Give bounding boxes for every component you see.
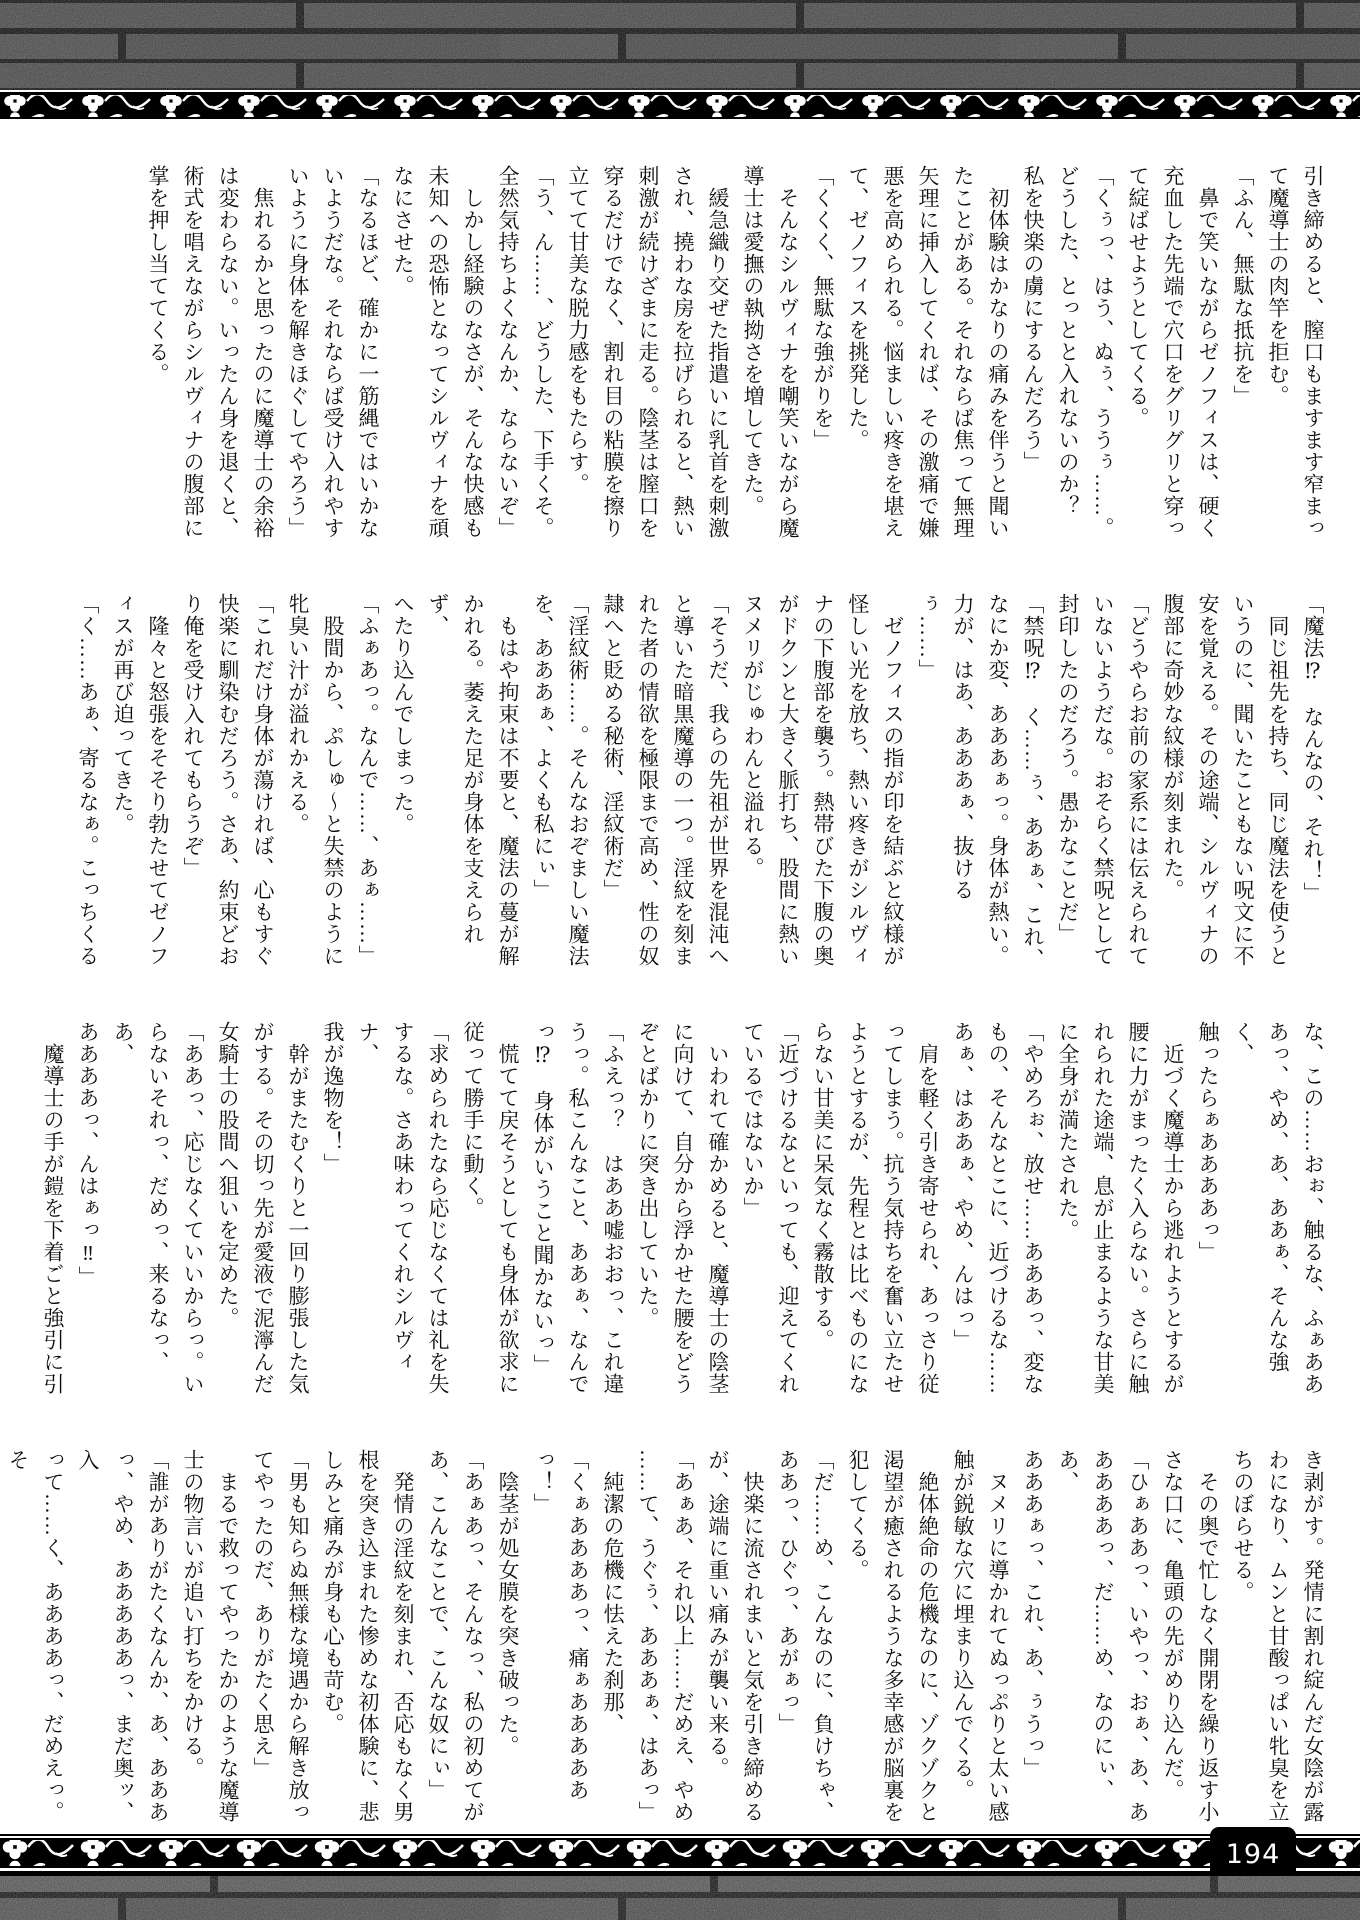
text-column: 「くぁああああっ、痛ぁあああああっ！」 bbox=[525, 1449, 595, 1833]
text-column: 犯してくる。 bbox=[840, 1449, 875, 1833]
text-column: さな口に、亀頭の先がめり込んだ。 bbox=[1155, 1449, 1190, 1833]
text-column: 「禁呪⁉ く……ぅ、ああぁ、これ、 bbox=[1015, 593, 1050, 977]
ornament-border-bottom: 194 bbox=[0, 1834, 1360, 1876]
text-column: 純潔の危機に怯えた刹那、 bbox=[595, 1449, 630, 1833]
text-column: その奥で忙しなく開閉を繰り返す小 bbox=[1190, 1449, 1225, 1833]
page-content: 引き締めると、膣口もますます窄まって魔導士の肉竿を拒む。「ふん、無駄な抵抗を」 … bbox=[0, 123, 1360, 1834]
text-column: 立てて甘美な脱力感をもたらす。 bbox=[560, 165, 595, 549]
text-column: ナの下腹部を襲う。熱帯びた下腹の奥 bbox=[805, 593, 840, 977]
text-column: 掌を押し当ててくる。 bbox=[140, 165, 175, 549]
text-band-3: な、この……おぉ、触るな、ふぁあああっ、やめ、あ、ああぁ、そんな強く、触ったらぁ… bbox=[30, 1021, 1330, 1405]
text-column: 導士は愛撫の執拗さを増してきた。 bbox=[735, 165, 770, 549]
text-column: 未知への恐怖となってシルヴィナを頑 bbox=[420, 165, 455, 549]
text-column: 「誰がありがたくなんか、あ、あああ bbox=[140, 1449, 175, 1833]
ornament-border-top bbox=[0, 90, 1360, 123]
text-column: て綻ばせようとしてくる。 bbox=[1120, 165, 1155, 549]
text-column: ィスが再び迫ってきた。 bbox=[105, 593, 140, 977]
text-column: 引き締めると、膣口もますます窄まっ bbox=[1295, 165, 1330, 549]
text-column: ああああっ、だ……め、なのにぃ、あ、 bbox=[1050, 1449, 1120, 1833]
text-column: 「ああっ、応じなくていいからっ。い bbox=[175, 1021, 210, 1405]
text-column: 「ひぁああっ、いやっ、おぁ、あ、あ bbox=[1120, 1449, 1155, 1833]
text-column: いうのに、聞いたこともない呪文に不 bbox=[1225, 593, 1260, 977]
text-column: な、この……おぉ、触るな、ふぁああ bbox=[1295, 1021, 1330, 1405]
text-column: 力が、はあ、あああぁ、抜けるぅ……」 bbox=[910, 593, 980, 977]
text-column: らないそれっ、だめっ、来るなっ、あ、 bbox=[105, 1021, 175, 1405]
text-column: てやったのだ、ありがたく思え」 bbox=[245, 1449, 280, 1833]
text-column: 封印したのだろう。愚かなことだ」 bbox=[1050, 593, 1085, 977]
text-column: らない甘美に呆気なく霧散する。 bbox=[805, 1021, 840, 1405]
text-column: ヌメリに導かれてぬっぷりと太い感 bbox=[980, 1449, 1015, 1833]
text-column: 従って勝手に動く。 bbox=[455, 1021, 490, 1405]
page-number: 194 bbox=[1226, 1835, 1281, 1868]
text-column: 矢理に挿入してくれば、その激痛で嫌 bbox=[910, 165, 945, 549]
text-column: て魔導士の肉竿を拒む。 bbox=[1260, 165, 1295, 549]
text-column: いように身体を解きほぐしてやろう」 bbox=[280, 165, 315, 549]
text-column: ぞとばかりに突き出していた。 bbox=[630, 1021, 665, 1405]
text-column: ……て、うぐぅ、あああぁ、はあっ」 bbox=[630, 1449, 665, 1833]
text-column: 「ふん、無駄な抵抗を」 bbox=[1225, 165, 1260, 549]
text-column: って……く、ああああっ、だめえっ。そ bbox=[0, 1449, 70, 1833]
text-column: たことがある。それならば焦って無理 bbox=[945, 165, 980, 549]
text-column: 肩を軽く引き寄せられ、あっさり従 bbox=[910, 1021, 945, 1405]
text-column: あっ、やめ、あ、ああぁ、そんな強く、 bbox=[1225, 1021, 1295, 1405]
text-column: 「どうやらお前の家系には伝えられて bbox=[1120, 593, 1155, 977]
text-column: に全身が満たされた。 bbox=[1050, 1021, 1085, 1405]
text-column: 悪を高められる。悩ましい疼きを堪え bbox=[875, 165, 910, 549]
text-column: 「やめろぉ、放せ……あああっ、変な bbox=[1015, 1021, 1050, 1405]
text-column: 充血した先端で穴口をグリグリと穿っ bbox=[1155, 165, 1190, 549]
text-band-1: 引き締めると、膣口もますます窄まって魔導士の肉竿を拒む。「ふん、無駄な抵抗を」 … bbox=[30, 165, 1330, 549]
text-column: を、あああぁ、よくも私にぃ」 bbox=[525, 593, 560, 977]
text-column: 「くくく、無駄な強がりを」 bbox=[805, 165, 840, 549]
text-column: がドクンと大きく脈打ち、股間に熱い bbox=[770, 593, 805, 977]
text-column: 近づく魔導士から逃れようとするが bbox=[1155, 1021, 1190, 1405]
text-column: 幹がまたむくりと一回り膨張した気 bbox=[280, 1021, 315, 1405]
text-column: 「魔法⁉ なんなの、それ！」 bbox=[1295, 593, 1330, 977]
text-column: 「く……あぁ、寄るなぁ。こっちくる bbox=[70, 593, 105, 977]
text-column: 快楽に流されまいと気を引き締める bbox=[735, 1449, 770, 1833]
text-column: 陰茎が処女膜を突き破った。 bbox=[490, 1449, 525, 1833]
text-column: 「くぅっ、はう、ぬぅ、ううぅ……。 bbox=[1085, 165, 1120, 549]
text-column: ああっ、ひぐっ、あがぁっ」 bbox=[770, 1449, 805, 1833]
text-column: するな。さあ味わってくれシルヴィナ、 bbox=[350, 1021, 420, 1405]
text-column: なにさせた。 bbox=[385, 165, 420, 549]
text-column: いようだな。それならば受け入れやす bbox=[315, 165, 350, 549]
text-column: 女騎士の股間へ狙いを定めた。 bbox=[210, 1021, 245, 1405]
text-column: いないようだな。おそらく禁呪として bbox=[1085, 593, 1120, 977]
text-column: 怪しい光を放ち、熱い疼きがシルヴィ bbox=[840, 593, 875, 977]
text-column: 牝臭い汁が溢れかえる。 bbox=[280, 593, 315, 977]
text-column: わになり、ムンと甘酸っぱい牝臭を立 bbox=[1260, 1449, 1295, 1833]
text-column: へたり込んでしまった。 bbox=[385, 593, 420, 977]
text-column: もはや拘束は不要と、魔法の蔓が解 bbox=[490, 593, 525, 977]
text-column: 初体験はかなりの痛みを伴うと聞い bbox=[980, 165, 1015, 549]
text-column: 腹部に奇妙な紋様が刻まれた。 bbox=[1155, 593, 1190, 977]
text-band-4: き剥がす。発情に割れ綻んだ女陰が露わになり、ムンと甘酸っぱい牝臭を立ちのぼらせる… bbox=[30, 1449, 1330, 1833]
text-column: 緩急織り交ぜた指遣いに乳首を刺激 bbox=[700, 165, 735, 549]
text-column: され、撓わな房を拉げられると、熱い bbox=[665, 165, 700, 549]
text-column: 「なるほど、確かに一筋縄ではいかな bbox=[350, 165, 385, 549]
text-column: て、ゼノフィスを挑発した。 bbox=[840, 165, 875, 549]
text-column: 絶体絶命の危機なのに、ゾクゾクと bbox=[910, 1449, 945, 1833]
text-column: 渇望が癒されるような多幸感が脳裏を bbox=[875, 1449, 910, 1833]
text-column: 発情の淫紋を刻まれ、否応もなく男 bbox=[385, 1449, 420, 1833]
text-column: 「近づけるなといっても、迎えてくれ bbox=[770, 1021, 805, 1405]
text-column: り俺を受け入れてもらうぞ」 bbox=[175, 593, 210, 977]
text-column: 根を突き込まれた惨めな初体験に、悲 bbox=[350, 1449, 385, 1833]
text-column: 焦れるかと思ったのに魔導士の余裕 bbox=[245, 165, 280, 549]
text-column: ようとするが、先程とは比べものにな bbox=[840, 1021, 875, 1405]
text-column: 穿るだけでなく、割れ目の粘膜を擦り bbox=[595, 165, 630, 549]
text-column: は変わらない。いったん身を退くと、 bbox=[210, 165, 245, 549]
text-column: 快楽に馴染むだろう。さあ、約束どお bbox=[210, 593, 245, 977]
brick-border-top bbox=[0, 0, 1360, 90]
text-column: に向けて、自分から浮かせた腰をどう bbox=[665, 1021, 700, 1405]
text-column: 隷へと貶める秘術、淫紋術だ」 bbox=[595, 593, 630, 977]
text-column: 触が鋭敏な穴に埋まり込んでくる。 bbox=[945, 1449, 980, 1833]
text-column: っ⁉ 身体がいうこと聞かないっ」 bbox=[525, 1021, 560, 1405]
text-column: 刺激が続けざまに走る。陰茎は膣口を bbox=[630, 165, 665, 549]
text-column: まるで救ってやったかのような魔導 bbox=[210, 1449, 245, 1833]
text-column: 「だ……め、こんなのに、負けちゃ、 bbox=[805, 1449, 840, 1833]
text-column: っ、やめ、あああああっ、まだ奥ッ、入 bbox=[70, 1449, 140, 1833]
text-column: しみと痛みが身も心も苛む。 bbox=[315, 1449, 350, 1833]
novel-page: { "page_number": "194", "colors": { "pap… bbox=[0, 0, 1360, 1920]
text-column: 「そうだ、我らの先祖が世界を混沌へ bbox=[700, 593, 735, 977]
text-column: どうした、とっとと入れないのか？ bbox=[1050, 165, 1085, 549]
text-column: そんなシルヴィナを嘲笑いながら魔 bbox=[770, 165, 805, 549]
text-column: なにか変、あああぁっ。身体が熱い。 bbox=[980, 593, 1015, 977]
text-column: 「男も知らぬ無様な境遇から解き放っ bbox=[280, 1449, 315, 1833]
text-column: 鼻で笑いながらゼノフィスは、硬く bbox=[1190, 165, 1225, 549]
text-column: れられた途端、息が止まるような甘美 bbox=[1085, 1021, 1120, 1405]
text-column: ヌメリがじゅわんと溢れる。 bbox=[735, 593, 770, 977]
text-column: ああああっ、んはぁっ‼」 bbox=[70, 1021, 105, 1405]
brick-border-bottom bbox=[0, 1876, 1360, 1920]
text-column: 「う、ん……、どうした、下手くそ。 bbox=[525, 165, 560, 549]
text-column: かれる。萎えた足が身体を支えられず、 bbox=[420, 593, 490, 977]
text-column: 私を快楽の虜にするんだろう」 bbox=[1015, 165, 1050, 549]
text-column: 腰に力がまったく入らない。さらに触 bbox=[1120, 1021, 1155, 1405]
text-column: ているではないか」 bbox=[735, 1021, 770, 1405]
text-column: いわれて確かめると、魔導士の陰茎 bbox=[700, 1021, 735, 1405]
text-column: しかし経験のなさが、そんな快感も bbox=[455, 165, 490, 549]
text-column: 「求められたなら応じなくては礼を失 bbox=[420, 1021, 455, 1405]
text-column: 術式を唱えながらシルヴィナの腹部に bbox=[175, 165, 210, 549]
text-column: あああぁっ、これ、あ、ぅうっ」 bbox=[1015, 1449, 1050, 1833]
text-column: 我が逸物を！」 bbox=[315, 1021, 350, 1405]
text-column: 「ふえっ？ はああ嘘おおっ、これ違 bbox=[595, 1021, 630, 1405]
text-column: 「あぁあっ、そんなっ、私の初めてが bbox=[455, 1449, 490, 1833]
text-column: と導いた暗黒魔導の一つ。淫紋を刻ま bbox=[665, 593, 700, 977]
text-column: 安を覚える。その途端、シルヴィナの bbox=[1190, 593, 1225, 977]
text-column: 「あぁあ、それ以上……だめえ、やめ bbox=[665, 1449, 700, 1833]
page-number-tab: 194 bbox=[1210, 1827, 1296, 1876]
text-column: 「これだけ身体が蕩ければ、心もすぐ bbox=[245, 593, 280, 977]
text-column: 同じ祖先を持ち、同じ魔法を使うと bbox=[1260, 593, 1295, 977]
text-column: あぁ、はああぁ、やめ、んはっ」 bbox=[945, 1021, 980, 1405]
text-column: 「ふぁあっ。なんで……、あぁ……」 bbox=[350, 593, 385, 977]
text-column: 魔導士の手が鎧を下着ごと強引に引 bbox=[35, 1021, 70, 1405]
text-column: がする。その切っ先が愛液で泥濘んだ bbox=[245, 1021, 280, 1405]
text-column: 慌てて戻そうとしても身体が欲求に bbox=[490, 1021, 525, 1405]
text-column: ゼノフィスの指が印を結ぶと紋様が bbox=[875, 593, 910, 977]
text-column: 股間から、ぷしゅ〜と失禁のように bbox=[315, 593, 350, 977]
text-column: き剥がす。発情に割れ綻んだ女陰が露 bbox=[1295, 1449, 1330, 1833]
text-column: あ、こんなことで、こんな奴にぃ」 bbox=[420, 1449, 455, 1833]
text-column: もの、そんなとこに、近づけるな…… bbox=[980, 1021, 1015, 1405]
text-column: 士の物言いが追い打ちをかける。 bbox=[175, 1449, 210, 1833]
text-column: うっ。私こんなこと、ああぁ、なんで bbox=[560, 1021, 595, 1405]
text-column: 隆々と怒張をそそり勃たせてゼノフ bbox=[140, 593, 175, 977]
text-column: が、途端に重い痛みが襲い来る。 bbox=[700, 1449, 735, 1833]
text-column: 触ったらぁああああっ」 bbox=[1190, 1021, 1225, 1405]
text-column: ちのぼらせる。 bbox=[1225, 1449, 1260, 1833]
text-column: れた者の情欲を極限まで高め、性の奴 bbox=[630, 593, 665, 977]
text-band-2: 「魔法⁉ なんなの、それ！」 同じ祖先を持ち、同じ魔法を使うというのに、聞いたこ… bbox=[30, 593, 1330, 977]
text-column: 全然気持ちよくなんか、ならないぞ」 bbox=[490, 165, 525, 549]
text-column: 「淫紋術……。そんなおぞましい魔法 bbox=[560, 593, 595, 977]
text-column: ってしまう。抗う気持ちを奮い立たせ bbox=[875, 1021, 910, 1405]
